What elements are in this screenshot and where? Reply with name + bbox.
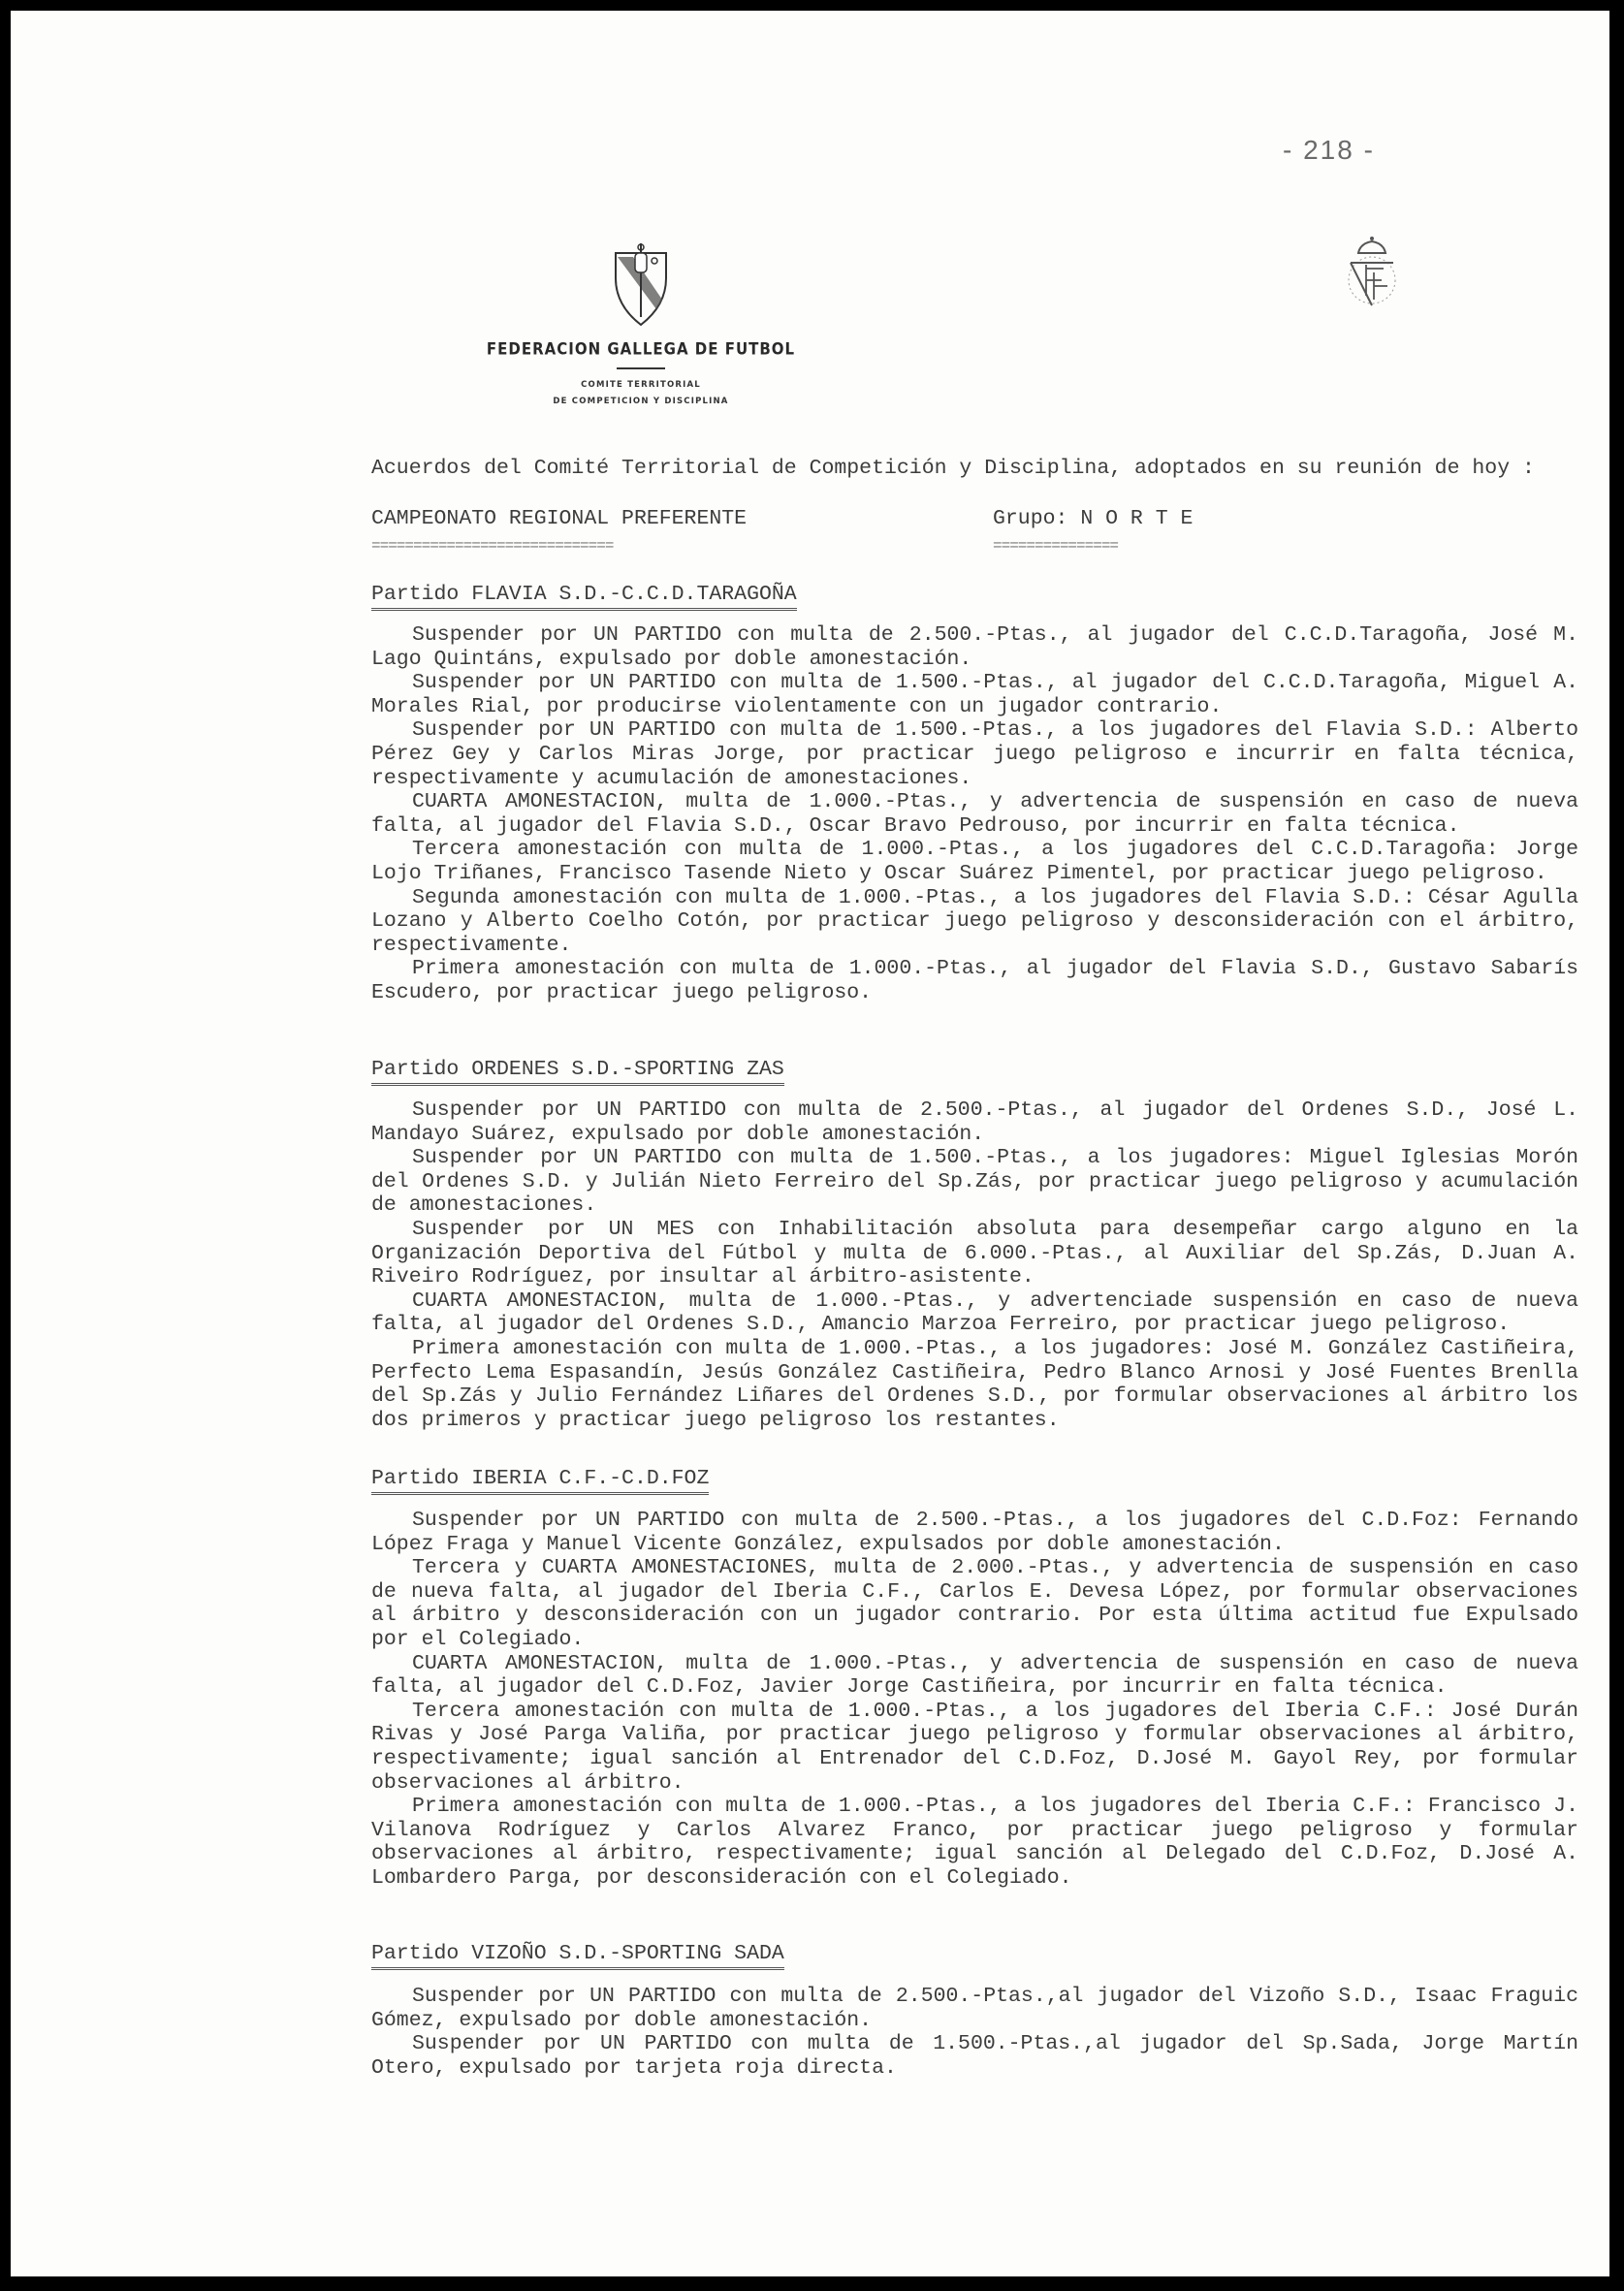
championship-underline: =============================	[371, 534, 1583, 558]
document-page: - 218 - FEDERACION GALLEGA DE FUTBOL COM…	[11, 11, 1609, 2276]
letterhead-divider	[617, 367, 665, 369]
sanction-paragraph: Tercera amonestación con multa de 1.000.…	[371, 838, 1578, 885]
sanction-paragraph: Suspender por UN PARTIDO con multa de 2.…	[371, 1509, 1578, 1556]
match-title: Partido IBERIA C.F.-C.D.FOZ	[371, 1466, 709, 1495]
sanction-paragraph: Tercera y CUARTA AMONESTACIONES, multa d…	[371, 1556, 1578, 1651]
sanction-paragraph: Primera amonestación con multa de 1.000.…	[371, 957, 1578, 1004]
match-title: Partido ORDENES S.D.-SPORTING ZAS	[371, 1057, 784, 1086]
match-title: Partido FLAVIA S.D.-C.C.D.TARAGOÑA	[371, 582, 797, 611]
sanction-paragraph: Suspender por UN PARTIDO con multa de 1.…	[371, 1146, 1578, 1218]
sanction-paragraph: Primera amonestación con multa de 1.000.…	[371, 1337, 1578, 1432]
match-sanctions: Suspender por UN PARTIDO con multa de 2.…	[371, 1509, 1578, 1891]
sanction-paragraph: CUARTA AMONESTACION, multa de 1.000.-Pta…	[371, 790, 1578, 838]
federation-name: FEDERACION GALLEGA DE FUTBOL	[476, 339, 806, 360]
galician-federation-shield-icon	[612, 239, 670, 327]
sanction-paragraph: Suspender por UN PARTIDO con multa de 1.…	[371, 2032, 1578, 2080]
intro-text: Acuerdos del Comité Territorial de Compe…	[371, 457, 1583, 481]
sanction-paragraph: Suspender por UN PARTIDO con multa de 1.…	[371, 671, 1578, 718]
sanction-paragraph: Suspender por UN PARTIDO con multa de 2.…	[371, 1985, 1578, 2032]
rfef-crown-emblem-icon	[1343, 232, 1401, 309]
committee-line-2: DE COMPETICION Y DISCIPLINA	[476, 394, 806, 410]
letterhead: FEDERACION GALLEGA DE FUTBOL COMITE TERR…	[476, 239, 806, 410]
championship-name: CAMPEONATO REGIONAL PREFERENTE	[371, 507, 1583, 531]
sanction-paragraph: Primera amonestación con multa de 1.000.…	[371, 1795, 1578, 1890]
sanction-paragraph: CUARTA AMONESTACION, multa de 1.000.-Pta…	[371, 1289, 1578, 1337]
sanction-paragraph: CUARTA AMONESTACION, multa de 1.000.-Pta…	[371, 1652, 1578, 1700]
sanction-paragraph: Suspender por UN PARTIDO con multa de 2.…	[371, 1098, 1578, 1146]
group-label: Grupo: N O R T E	[993, 507, 1193, 531]
sanction-paragraph: Suspender por UN MES con Inhabilitación …	[371, 1218, 1578, 1289]
sanction-paragraph: Tercera amonestación con multa de 1.000.…	[371, 1700, 1578, 1795]
group-underline: ===============	[993, 534, 1118, 558]
match-sanctions: Suspender por UN PARTIDO con multa de 2.…	[371, 623, 1578, 1005]
sanction-paragraph: Suspender por UN PARTIDO con multa de 2.…	[371, 623, 1578, 671]
sanction-paragraph: Segunda amonestación con multa de 1.000.…	[371, 886, 1578, 958]
match-sanctions: Suspender por UN PARTIDO con multa de 2.…	[371, 1985, 1578, 2080]
match-sanctions: Suspender por UN PARTIDO con multa de 2.…	[371, 1098, 1578, 1432]
committee-line-1: COMITE TERRITORIAL	[476, 377, 806, 394]
match-title: Partido VIZOÑO S.D.-SPORTING SADA	[371, 1941, 784, 1970]
page-number: - 218 -	[1283, 135, 1375, 166]
sanction-paragraph: Suspender por UN PARTIDO con multa de 1.…	[371, 718, 1578, 790]
